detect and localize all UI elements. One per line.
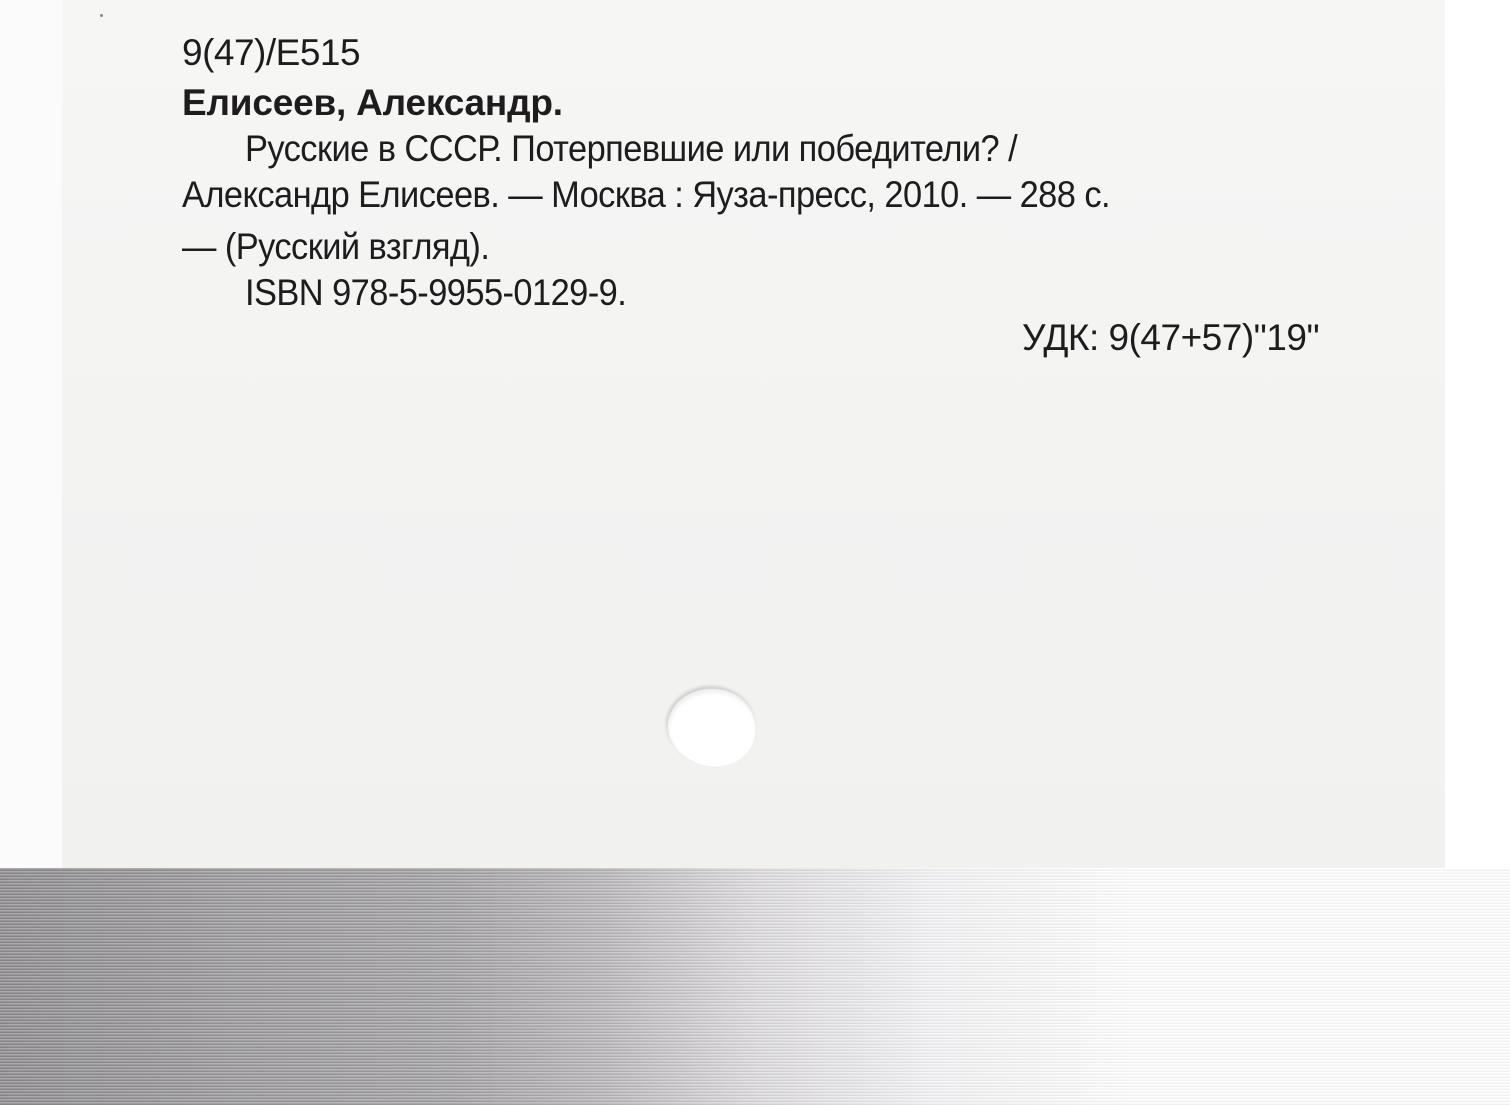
scan-margin-left (0, 0, 62, 868)
udk-code: УДК: 9(47+57)"19" (1022, 317, 1319, 359)
dust-speck (100, 14, 103, 17)
title-line: Русские в СССР. Потерпевшие или победите… (245, 128, 1017, 170)
scanned-card-image: 9(47)/Е515 Елисеев, Александр. Русские в… (0, 0, 1510, 1105)
publication-line: Александр Елисеев. — Москва : Яуза-пресс… (182, 174, 1110, 216)
author-heading: Елисеев, Александр. (182, 82, 563, 124)
call-number: 9(47)/Е515 (182, 32, 360, 74)
scanner-bed-background (0, 868, 1510, 1105)
scan-margin-right (1445, 0, 1510, 868)
isbn-line: ISBN 978-5-9955-0129-9. (245, 272, 626, 314)
series-line: — (Русский взгляд). (182, 226, 489, 268)
